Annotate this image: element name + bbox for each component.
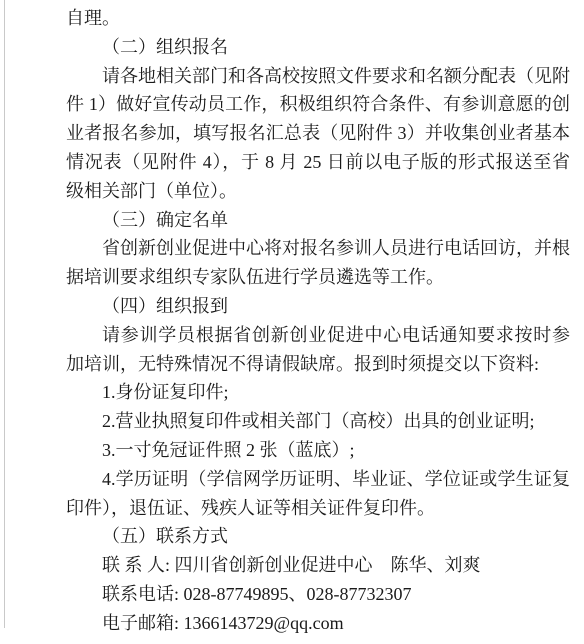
document-line: 请各地相关部门和各高校按照文件要求和名额分配表（见附 — [66, 62, 570, 91]
list-item-line: 1.身份证复印件; — [66, 378, 570, 407]
document-content: 自理。（二）组织报名请各地相关部门和各高校按照文件要求和名额分配表（见附件 1）… — [66, 4, 570, 638]
list-item-line: 4.学历证明（学信网学历证明、毕业证、学位证或学生证复 — [66, 465, 570, 494]
contact-line: 联系电话: 028-87749895、028-87732307 — [66, 580, 570, 609]
section-heading: （三）确定名单 — [66, 206, 570, 235]
document-line: 级相关部门（单位）。 — [66, 177, 570, 206]
page-left-edge-line — [4, 0, 5, 628]
document-line: 件 1）做好宣传动员工作，积极组织符合条件、有参训意愿的创 — [66, 90, 570, 119]
list-item-line: 2.营业执照复印件或相关部门（高校）出具的创业证明; — [66, 407, 570, 436]
document-page: 自理。（二）组织报名请各地相关部门和各高校按照文件要求和名额分配表（见附件 1）… — [0, 0, 584, 644]
document-line: 业者报名参加，填写报名汇总表（见附件 3）并收集创业者基本 — [66, 119, 570, 148]
document-line: 据培训要求组织专家队伍进行学员遴选等工作。 — [66, 263, 570, 292]
contact-line: 电子邮箱: 1366143729@qq.com — [66, 609, 570, 638]
section-heading: （五）联系方式 — [66, 522, 570, 551]
document-line: 省创新创业促进中心将对报名参训人员进行电话回访，并根 — [66, 234, 570, 263]
contact-line: 联 系 人: 四川省创新创业促进中心 陈华、刘爽 — [66, 551, 570, 580]
document-line: 印件），退伍证、残疾人证等相关证件复印件。 — [66, 494, 570, 523]
document-line: 自理。 — [66, 4, 570, 33]
list-item-line: 3.一寸免冠证件照 2 张（蓝底）; — [66, 436, 570, 465]
section-heading: （二）组织报名 — [66, 33, 570, 62]
document-line: 情况表（见附件 4），于 8 月 25 日前以电子版的形式报送至省 — [66, 148, 570, 177]
document-line: 请参训学员根据省创新创业促进中心电话通知要求按时参 — [66, 321, 570, 350]
section-heading: （四）组织报到 — [66, 292, 570, 321]
document-line: 加培训，无特殊情况不得请假缺席。报到时须提交以下资料: — [66, 350, 570, 379]
